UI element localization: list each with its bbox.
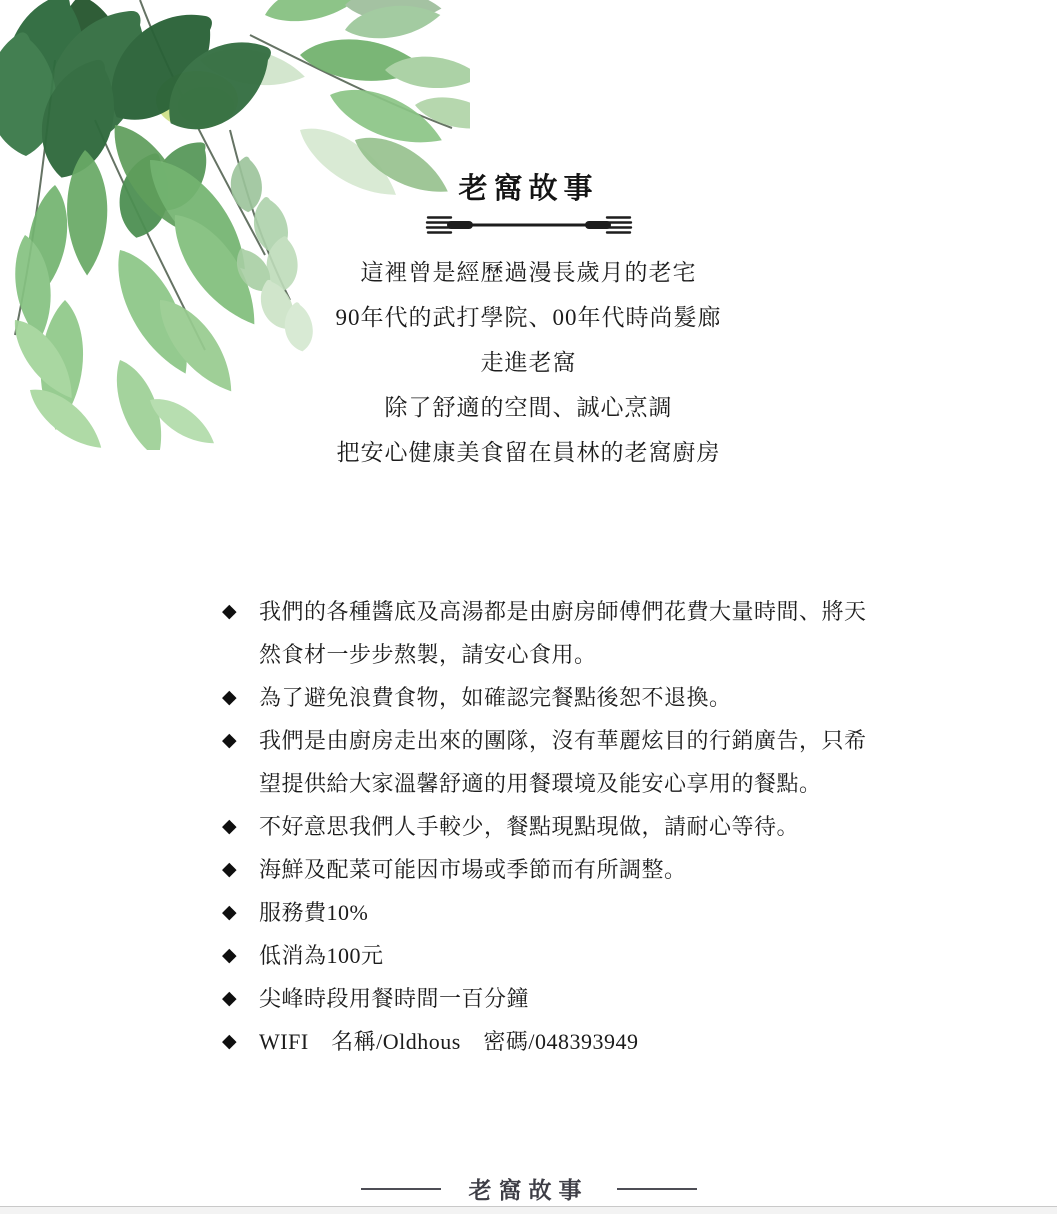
diamond-bullet-icon: ◆ <box>222 590 244 633</box>
footer-rule-left <box>361 1188 441 1190</box>
diamond-bullet-icon: ◆ <box>222 1020 244 1063</box>
footer-title: 老窩故事 <box>469 1172 589 1205</box>
intro-line: 這裡曾是經歷過漫長歲月的老宅 <box>0 250 1057 295</box>
title-block: 老窩故事 <box>0 166 1057 239</box>
diamond-bullet-icon: ◆ <box>222 719 244 762</box>
diamond-bullet-icon: ◆ <box>222 934 244 977</box>
note-item: ◆ 海鮮及配菜可能因市場或季節而有所調整。 <box>222 848 887 891</box>
diamond-bullet-icon: ◆ <box>222 805 244 848</box>
intro-line: 把安心健康美食留在員林的老窩廚房 <box>0 430 1057 475</box>
fork-divider-icon <box>423 211 635 239</box>
note-text: 服務費10% <box>259 891 887 934</box>
footer-rule-right <box>617 1188 697 1190</box>
diamond-bullet-icon: ◆ <box>222 848 244 891</box>
note-item: ◆ 尖峰時段用餐時間一百分鐘 <box>222 977 887 1020</box>
note-item: ◆ 不好意思我們人手較少，餐點現點現做，請耐心等待。 <box>222 805 887 848</box>
menu-story-page: 老窩故事 <box>0 0 1057 1214</box>
intro-block: 這裡曾是經歷過漫長歲月的老宅 90年代的武打學院、00年代時尚髮廊 走進老窩 除… <box>0 250 1057 475</box>
page-edge <box>0 1206 1057 1214</box>
note-item: ◆ 服務費10% <box>222 891 887 934</box>
note-item: ◆ 我們的各種醬底及高湯都是由廚房師傅們花費大量時間、將天然食材一步步熬製，請安… <box>222 590 887 676</box>
note-text: 為了避免浪費食物，如確認完餐點後恕不退換。 <box>259 676 887 719</box>
note-item: ◆ 低消為100元 <box>222 934 887 977</box>
note-text: 我們的各種醬底及高湯都是由廚房師傅們花費大量時間、將天然食材一步步熬製，請安心食… <box>259 590 887 676</box>
note-text: 不好意思我們人手較少，餐點現點現做，請耐心等待。 <box>259 805 887 848</box>
note-item: ◆ WIFI 名稱/Oldhous 密碼/048393949 <box>222 1020 887 1063</box>
diamond-bullet-icon: ◆ <box>222 891 244 934</box>
note-text: 海鮮及配菜可能因市場或季節而有所調整。 <box>259 848 887 891</box>
intro-line: 除了舒適的空間、誠心烹調 <box>0 385 1057 430</box>
note-text: 低消為100元 <box>259 934 887 977</box>
diamond-bullet-icon: ◆ <box>222 977 244 1020</box>
diamond-bullet-icon: ◆ <box>222 676 244 719</box>
intro-line: 走進老窩 <box>0 340 1057 385</box>
note-item: ◆ 我們是由廚房走出來的團隊，沒有華麗炫目的行銷廣告，只希望提供給大家溫馨舒適的… <box>222 719 887 805</box>
footer-block: 老窩故事 <box>0 1172 1057 1205</box>
note-text: 我們是由廚房走出來的團隊，沒有華麗炫目的行銷廣告，只希望提供給大家溫馨舒適的用餐… <box>259 719 887 805</box>
intro-line: 90年代的武打學院、00年代時尚髮廊 <box>0 295 1057 340</box>
page-title: 老窩故事 <box>458 166 598 207</box>
note-item: ◆ 為了避免浪費食物，如確認完餐點後恕不退換。 <box>222 676 887 719</box>
note-text: WIFI 名稱/Oldhous 密碼/048393949 <box>259 1020 887 1063</box>
notes-list: ◆ 我們的各種醬底及高湯都是由廚房師傅們花費大量時間、將天然食材一步步熬製，請安… <box>222 590 887 1063</box>
note-text: 尖峰時段用餐時間一百分鐘 <box>259 977 887 1020</box>
